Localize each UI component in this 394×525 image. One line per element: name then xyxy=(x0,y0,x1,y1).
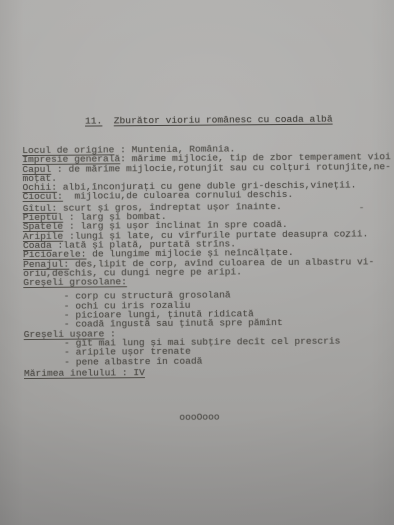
text-line: Capul : de mărime mijlocie,rotunjit sau … xyxy=(22,162,394,174)
document-page: 11. Zburător vioriu românesc cu coada al… xyxy=(0,0,394,525)
document-photo: 11. Zburător vioriu românesc cu coada al… xyxy=(0,0,394,525)
underlined-text: Ciocul: xyxy=(23,191,63,202)
underlined-text: 11. xyxy=(85,115,102,126)
pencil-mark: - xyxy=(359,203,365,212)
text-line: Ciocul: mijlociu,de culoarea cornului de… xyxy=(23,190,394,202)
text-line: - pene albastre în coadă xyxy=(24,355,394,367)
text-segment: - pene albastre în coadă xyxy=(24,355,203,367)
text-segment: : de mărime mijlocie,rotunjit sau cu col… xyxy=(51,161,391,175)
underlined-text: Mărimea inelului : IV xyxy=(24,367,145,379)
page-title: 11. Zburător vioriu românesc cu coada al… xyxy=(85,115,333,126)
text-line: Mărimea inelului : IV xyxy=(24,366,394,378)
document-body: Locul de origine : Muntenia, România.Imp… xyxy=(22,143,394,378)
text-segment xyxy=(102,115,114,126)
section-divider: oooOooo xyxy=(179,413,219,423)
underlined-text: Greșeli grosolane: xyxy=(23,276,127,288)
pencil-mark: - xyxy=(344,232,350,241)
underlined-text: Zburător vioriu românesc cu coada albă xyxy=(114,114,333,127)
